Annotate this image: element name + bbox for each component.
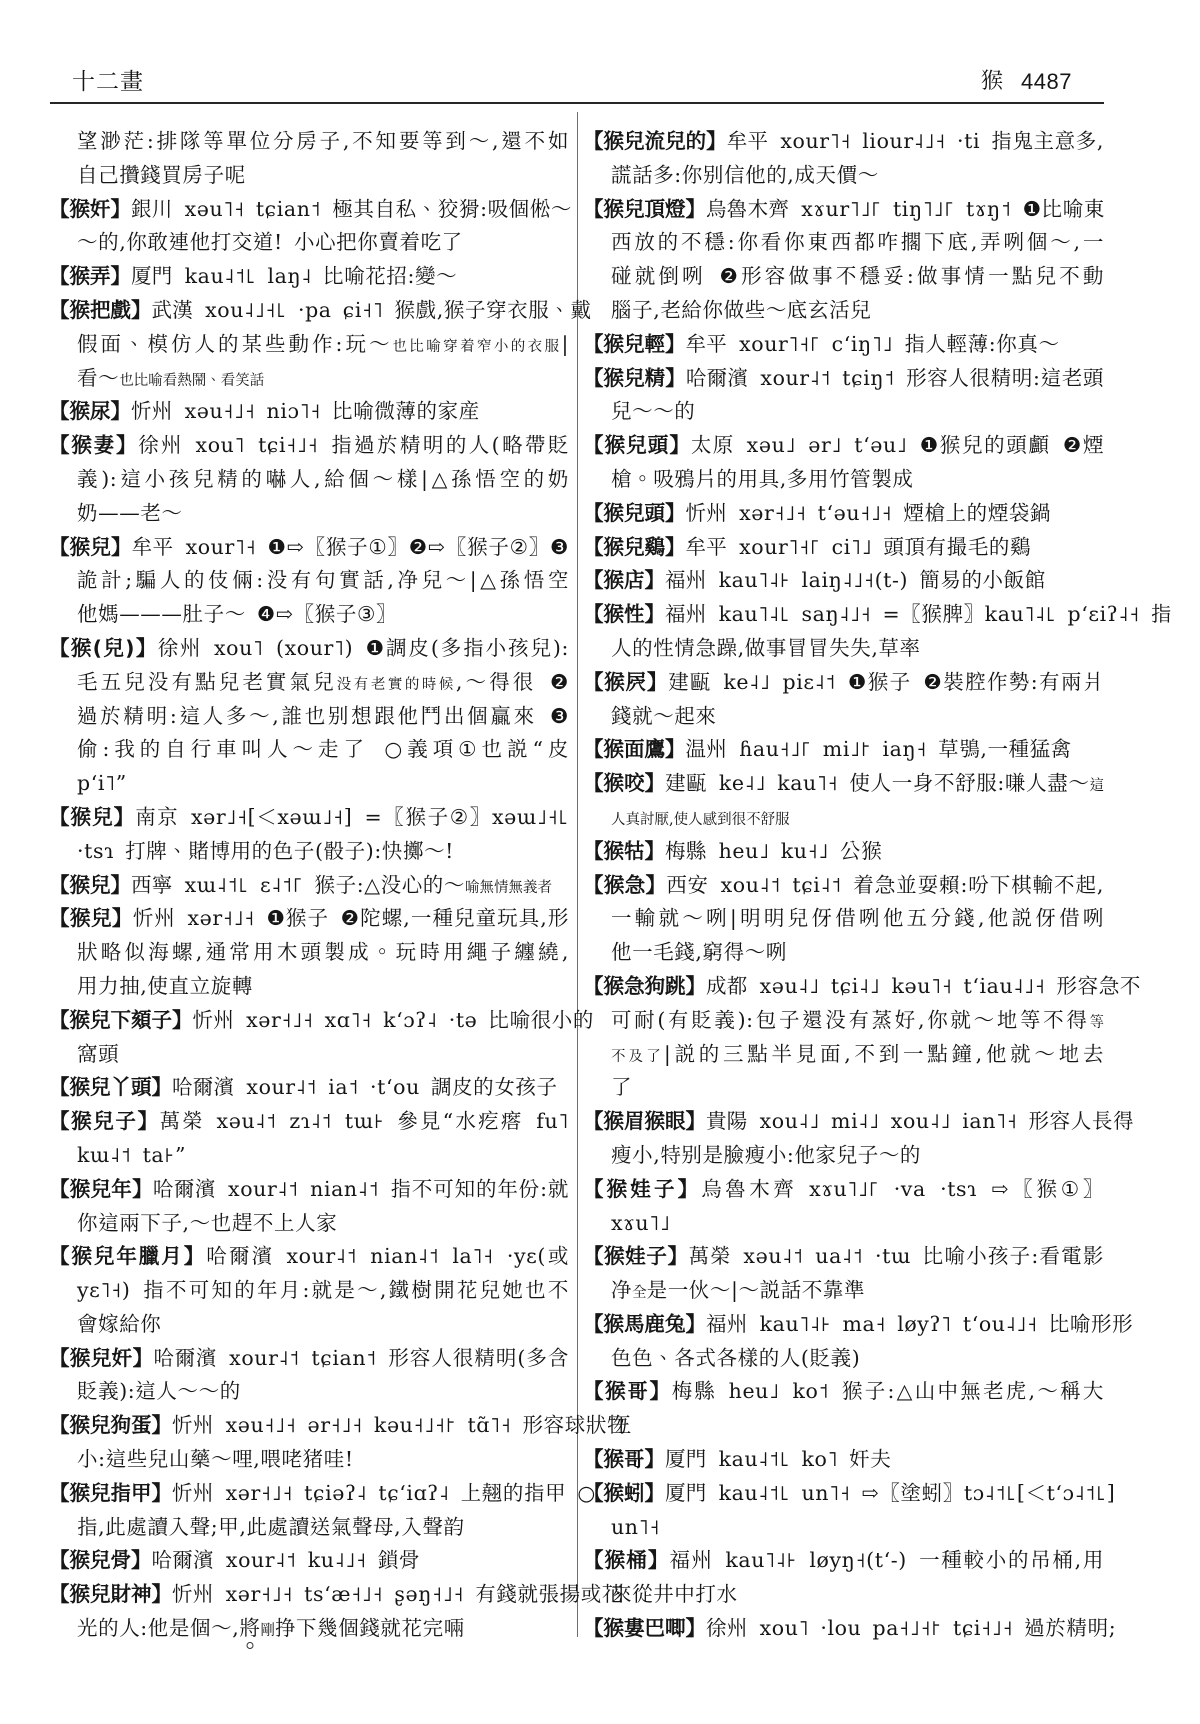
entry-text: kau˥˨꜖ saŋ˨˩˧ =〖猴脾〗kau˥˨꜖ pʻɛiʔ˨˧ 指: [719, 602, 1172, 626]
entry-line: 【猴兒丫頭】哈爾濱xour˨˦ ia˦ ·tʻou 調皮的女孩子: [49, 1071, 569, 1105]
entry-line: 詭計;騙人的伎倆:没有句實話,净兒～|△孫悟空: [49, 564, 569, 598]
dialect-location: 牟平: [686, 332, 728, 356]
entry-line: 【猴尿】忻州xəu˧˩˧ niɔ˥˧ 比喻微薄的家産: [49, 395, 569, 429]
dictionary-entry: 【猴兒狗蛋】忻州xəu˧˩˧ ər˧˩˧ kəu˧˩˧꜓ tɑ̃˥˧ 形容球狀物…: [49, 1409, 569, 1477]
dialect-location: 建甌: [668, 670, 711, 694]
entry-line: 假面、模仿人的某些動作:玩～也比喻穿着窄小的衣服|: [49, 328, 569, 362]
entry-text: heu˩ ko˦ 猴子:△山中無老虎,～稱大: [729, 1379, 1104, 1403]
entry-text: 色色、各式各樣的人(貶義): [611, 1346, 860, 1370]
entry-line: 【猴兒骨】哈爾濱xour˨˦ ku˨˩˧ 鎖骨: [49, 1544, 569, 1578]
dictionary-entry: 【猴急狗跳】成都xəu˨˩ tɕi˨˩ kəu˥˧ tʻiau˨˩˧ 形容急不可…: [583, 970, 1104, 1105]
dialect-location: 哈爾濱: [153, 1177, 216, 1201]
entry-headword: 【猴馬鹿兔】: [583, 1312, 706, 1336]
dictionary-entry: 【猴蚓】厦門kau˨˦꜖ un˥˧ ⇨〖塗蚓〗tɔ˨˦꜖[＜tʻɔ˨˦꜖]un˥…: [583, 1477, 1104, 1545]
entry-line: ·tsɿ 打牌、賭博用的色子(骰子):快擲～!: [49, 835, 569, 869]
entry-text: xəu˨˦ ua˨˦ ·tɯ 比喻小孩子:看電影: [743, 1244, 1104, 1268]
gloss-note: 也比喻穿着窄小的衣服: [392, 339, 561, 355]
entry-line: 光的人:他是個～,將剛挣下幾個錢就花完啢: [49, 1612, 569, 1646]
dialect-location: 西安: [666, 873, 708, 897]
entry-text: pʻi˥”: [77, 771, 127, 795]
entry-line: 【猴桶】福州kau˥˨꜔ løyŋ˧(tʻ-) 一種較小的吊桶,用: [583, 1544, 1104, 1578]
entry-continuation: 望渺茫:排隊等單位分房子,不知要等到～,還不如自己攢錢買房子呢: [49, 125, 569, 193]
dialect-location: 梅縣: [665, 839, 707, 863]
entry-line: 看～也比喻看熱鬧、看笑話: [49, 362, 569, 396]
entry-line: 【猴兒年臘月】哈爾濱xour˨˦ nian˨˦ la˥˧ ·yɛ(或: [49, 1240, 569, 1274]
dictionary-entry: 【猴兒年臘月】哈爾濱xour˨˦ nian˨˦ la˥˧ ·yɛ(或yɛ˥˧) …: [49, 1240, 569, 1341]
entry-text: 挣下幾個錢就花完啢: [275, 1616, 465, 1640]
entry-headword: 【猴哥】: [583, 1447, 665, 1471]
dictionary-entry: 【猴兒財神】忻州xər˧˩˧ tsʻæ˧˩˧ ʂəŋ˧˩˧ 有錢就張揚或花光的人…: [49, 1578, 569, 1646]
dictionary-entry: 【猴店】福州kau˥˨꜔ laiŋ˨˩˧(t-) 簡易的小飯館: [583, 564, 1104, 598]
entry-headword: 【猴把戲】: [49, 298, 152, 322]
entry-text: xəu˨˩ tɕi˨˩ kəu˥˧ tʻiau˨˩˧ 形容急不: [760, 974, 1141, 998]
index-character: 猴: [981, 68, 1003, 96]
entry-line: 槍。吸鴉片的用具,多用竹管製成: [583, 463, 1104, 497]
entry-text: xour˨˦ ia˦ ·tʻou 調皮的女孩子: [246, 1075, 557, 1099]
entry-headword: 【猴兒子】: [49, 1109, 160, 1133]
entry-line: 偷:我的自行車叫人～走了 ○義項①也説“皮: [49, 733, 569, 767]
entry-text: xəu˥˧ tɕian˦ 極其自私、狡猾:吸個倯～: [185, 197, 572, 221]
entry-text: heu˩ ku˧˩ 公猴: [719, 839, 883, 863]
entry-text: 假面、模仿人的某些動作:玩～: [77, 332, 392, 356]
marked-character: 將: [239, 1616, 260, 1640]
dialect-location: 烏魯木齊: [706, 197, 789, 221]
page-header: 十二畫 猴 4487: [0, 0, 1200, 100]
entry-text: 詭計;騙人的伎倆:没有句實話,净兒～|△孫悟空: [77, 568, 569, 592]
entry-text: 他媽———肚子～ ❹⇨〖猴子③〗: [77, 602, 397, 626]
entry-text: 王: [611, 1413, 632, 1437]
entry-text: kɯ˨˦ ta꜔”: [77, 1143, 186, 1167]
entry-text: kau˨˦꜖ un˥˧ ⇨〖塗蚓〗tɔ˨˦꜖[＜tʻɔ˨˦꜖]: [719, 1481, 1116, 1505]
entry-text: 一輸就～咧|明明兒伢借咧他五分錢,他説伢借咧: [611, 906, 1104, 930]
entry-text: 瘦小,特别是臉瘦小:他家兒子～的: [611, 1143, 921, 1167]
dialect-location: 福州: [665, 602, 707, 626]
entry-text: 用力抽,使直立旋轉: [77, 974, 253, 998]
entry-line: 【猴婁巴唧】徐州xou˥ ·lou pa˧˩˧꜓ tɕi˧˩˧ 過於精明;: [583, 1612, 1104, 1646]
right-column: 【猴兒流兒的】牟平xour˥˧ liour˨˩˧ ·ti 指鬼主意多,謊話多:你…: [583, 125, 1104, 1646]
dialect-location: 銀川: [131, 197, 173, 221]
dictionary-entry: 【猴兒丫頭】哈爾濱xour˨˦ ia˦ ·tʻou 調皮的女孩子: [49, 1071, 569, 1105]
entry-headword: 【猴尿】: [49, 399, 131, 423]
entry-text: xɯ˨˦꜖ ɛ˨˦꜒ 猴子:△没心的～: [185, 873, 465, 897]
dictionary-entry: 【猴眉猴眼】貴陽xou˨˩ mi˨˩ xou˨˩ ian˥˧ 形容人長得瘦小,特…: [583, 1105, 1104, 1173]
entry-headword: 【猴眉猴眼】: [583, 1109, 706, 1133]
entry-text: 錢就～起來: [611, 704, 717, 728]
dictionary-entry: 【猴性】福州kau˥˨꜖ saŋ˨˩˧ =〖猴脾〗kau˥˨꜖ pʻɛiʔ˨˧ …: [583, 598, 1104, 666]
dialect-location: 萬榮: [160, 1109, 205, 1133]
entry-line: 他媽———肚子～ ❹⇨〖猴子③〗: [49, 598, 569, 632]
entry-line: 【猴店】福州kau˥˨꜔ laiŋ˨˩˧(t-) 簡易的小飯館: [583, 564, 1104, 598]
entry-line: 過於精明:這人多～,誰也别想跟他鬥出個贏來 ❸: [49, 700, 569, 734]
dictionary-entry: 【猴哥】梅縣heu˩ ko˦ 猴子:△山中無老虎,～稱大王: [583, 1375, 1104, 1443]
dialect-location: 哈爾濱: [152, 1548, 214, 1572]
dialect-location: 徐州: [158, 636, 202, 660]
dialect-location: 哈爾濱: [686, 366, 749, 390]
dialect-location: 烏魯木齊: [701, 1177, 797, 1201]
entry-line: 【猴兒下頦子】忻州xər˧˩˧ xɑ˥˧ kʻɔʔ˨ ·tə 比喻很小的: [49, 1004, 569, 1038]
entry-headword: 【猴兒】: [49, 906, 133, 930]
entry-text: 義):這小孩兒精的嚇人,給個～樣|△孫悟空的奶: [77, 467, 569, 491]
dictionary-entry: 【猴兒奸】哈爾濱xour˨˦ tɕian˦ 形容人很精明(多含貶義):這人～～的: [49, 1342, 569, 1410]
entry-line: 【猴兒年】哈爾濱xour˨˦ nian˨˦ 指不可知的年份:就: [49, 1173, 569, 1207]
entry-text: yɛ˥˧) 指不可知的年月:就是～,鐵樹開花兒她也不: [77, 1278, 569, 1302]
entry-text: xour˨˦ ku˨˩˧ 鎖骨: [226, 1548, 420, 1572]
entry-headword: 【猴咬】: [583, 771, 665, 795]
entry-line: 【猴把戲】武漢xou˨˩˧꜖ ·pa ɕi˧˥ 猴戲,猴子穿衣服、戴: [49, 294, 569, 328]
entry-line: 【猴哥】梅縣heu˩ ko˦ 猴子:△山中無老虎,～稱大: [583, 1375, 1104, 1409]
dialect-location: 忻州: [686, 501, 728, 525]
dialect-location: 徐州: [706, 1616, 748, 1640]
entry-text: xour˥˧ liour˨˩˧ ·ti 指鬼主意多,: [780, 129, 1104, 153]
entry-headword: 【猴蚓】: [583, 1481, 665, 1505]
entry-line: 【猴性】福州kau˥˨꜖ saŋ˨˩˧ =〖猴脾〗kau˥˨꜖ pʻɛiʔ˨˧ …: [583, 598, 1104, 632]
entry-text: xou˨˩ mi˨˩ xou˨˩ ian˥˧ 形容人長得: [760, 1109, 1134, 1133]
entry-line: 義):這小孩兒精的嚇人,給個～樣|△孫悟空的奶: [49, 463, 569, 497]
entry-line: 王: [583, 1409, 1104, 1443]
entry-line: 不及了|説的三點半見面,不到一點鐘,他就～地去: [583, 1038, 1104, 1072]
entry-text: 會嫁給你: [77, 1312, 161, 1336]
entry-headword: 【猴哥】: [583, 1379, 672, 1403]
entry-text: xər˩˧[＜xəɯ˩˧] =〖猴子②〗xəɯ˩˧꜖: [191, 805, 569, 829]
entry-headword: 【猴兒財神】: [49, 1582, 172, 1606]
dictionary-entry: 【猴兒年】哈爾濱xour˨˦ nian˨˦ 指不可知的年份:就你這兩下子,～也趕…: [49, 1173, 569, 1241]
entry-line: 【猴兒】南京xər˩˧[＜xəɯ˩˧] =〖猴子②〗xəɯ˩˧꜖: [49, 801, 569, 835]
dialect-location: 厦門: [131, 264, 173, 288]
entry-text: 窩頭: [77, 1042, 119, 1066]
dialect-location: 西寧: [131, 873, 173, 897]
dictionary-entry: 【猴兒骨】哈爾濱xour˨˦ ku˨˩˧ 鎖骨: [49, 1544, 569, 1578]
dialect-location: 萬榮: [689, 1244, 732, 1268]
entry-text: 自己攢錢買房子呢: [77, 163, 246, 187]
entry-headword: 【猴兒頭】: [583, 501, 686, 525]
dictionary-entry: 【猴兒頂燈】烏魯木齊xɤur˥˩꜒ tiŋ˥˩꜒ tɤŋ˦ ❶比喻東西放的不穩:…: [583, 193, 1104, 328]
dictionary-entry: 【猴急】西安xou˨˦ tɕi˨˦ 着急並耍賴:吩下棋輸不起,一輸就～咧|明明兒…: [583, 869, 1104, 970]
entry-text: 可耐(有貶義):包子還没有蒸好,你就～地等不得: [611, 1008, 1090, 1032]
dictionary-entry: 【猴屄】建甌ke˨˩ piɛ˨˦ ❶猴子 ❷裝腔作勢:有兩爿錢就～起來: [583, 666, 1104, 734]
entry-headword: 【猴娃子】: [583, 1244, 689, 1268]
gloss-note: 這: [1090, 778, 1105, 794]
entry-line: 【猴兒頂燈】烏魯木齊xɤur˥˩꜒ tiŋ˥˩꜒ tɤŋ˦ ❶比喻東: [583, 193, 1104, 227]
entry-headword: 【猴兒頂燈】: [583, 197, 706, 221]
entry-line: 腦子,老給你做些～底玄活兒: [583, 294, 1104, 328]
entry-headword: 【猴兒】: [49, 805, 135, 829]
dictionary-entry: 【猴兒輕】牟平xour˥˧꜒ cʻiŋ˥˩ 指人輕薄:你真～: [583, 328, 1104, 362]
dictionary-entry: 【猴兒精】哈爾濱xour˨˦ tɕiŋ˦ 形容人很精明:這老頭兒～～的: [583, 362, 1104, 430]
dictionary-entry: 【猴兒下頦子】忻州xər˧˩˧ xɑ˥˧ kʻɔʔ˨ ·tə 比喻很小的窩頭: [49, 1004, 569, 1072]
entry-line: 窩頭: [49, 1038, 569, 1072]
entry-line: 【猴牯】梅縣heu˩ ku˧˩ 公猴: [583, 835, 1104, 869]
dialect-location: 忻州: [172, 1413, 214, 1437]
entry-line: 毛五兒没有點兒老實氣兒没有老實的時候,～得很 ❷: [49, 666, 569, 700]
entry-headword: 【猴奸】: [49, 197, 131, 221]
entry-text: 碰就倒咧 ❷形容做事不穩妥:做事情一點兒不動: [611, 264, 1104, 288]
entry-line: 【猴兒狗蛋】忻州xəu˧˩˧ ər˧˩˧ kəu˧˩˧꜓ tɑ̃˥˧ 形容球狀物: [49, 1409, 569, 1443]
entry-text: 毛五兒没有點兒老實氣兒: [77, 670, 337, 694]
dialect-location: 福州: [706, 1312, 748, 1336]
dictionary-entry: 【猴桶】福州kau˥˨꜔ løyŋ˧(tʻ-) 一種較小的吊桶,用來從井中打水: [583, 1544, 1104, 1612]
dictionary-entry: 【猴奸】銀川xəu˥˧ tɕian˦ 極其自私、狡猾:吸個倯～～的,你敢連他打交…: [49, 193, 569, 261]
dictionary-entry: 【猴馬鹿兔】福州kau˥˨꜔ ma˧ løyʔ˥ tʻou˨˩˧ 比喻形形色色、…: [583, 1308, 1104, 1376]
dictionary-entry: 【猴把戲】武漢xou˨˩˧꜖ ·pa ɕi˧˥ 猴戲,猴子穿衣服、戴假面、模仿人…: [49, 294, 569, 395]
entry-text: kau˥˨꜔ laiŋ˨˩˧(t-) 簡易的小飯館: [719, 568, 1046, 592]
entry-line: 【猴兒奸】哈爾濱xour˨˦ tɕian˦ 形容人很精明(多含: [49, 1342, 569, 1376]
entry-text: 過於精明:這人多～,誰也别想跟他鬥出個贏來 ❸: [77, 704, 569, 728]
entry-text: xəu˧˩˧ ər˧˩˧ kəu˧˩˧꜓ tɑ̃˥˧ 形容球狀物: [226, 1413, 628, 1437]
entry-text: xər˧˩˧ tsʻæ˧˩˧ ʂəŋ˧˩˧ 有錢就張揚或花: [226, 1582, 623, 1606]
dictionary-entry: 【猴咬】建甌ke˨˩ kau˥˧ 使人一身不舒服:嗛人盡～這人真討厭,使人感到很…: [583, 767, 1104, 835]
entry-text: xou˥ tɕi˧˩˧ 指過於精明的人(略帶貶: [196, 433, 569, 457]
entry-headword: 【猴兒年】: [49, 1177, 153, 1201]
dictionary-entry: 【猴牯】梅縣heu˩ ku˧˩ 公猴: [583, 835, 1104, 869]
dialect-location: 太原: [691, 433, 735, 457]
entry-line: 西放的不穩:你看你東西都咋擱下底,弄咧個～,一: [583, 226, 1104, 260]
entry-text: ke˨˩ kau˥˧ 使人一身不舒服:嗛人盡～: [719, 771, 1090, 795]
entry-line: 【猴急】西安xou˨˦ tɕi˨˦ 着急並耍賴:吩下棋輸不起,: [583, 869, 1104, 903]
entry-line: kɯ˨˦ ta꜔”: [49, 1139, 569, 1173]
entry-text: xər˧˩˧ tɕiəʔ˨ tɕʻiɑʔ˨ 上翹的指甲 ○: [226, 1481, 596, 1505]
gloss-note: 没有老實的時候: [337, 677, 456, 693]
entry-headword: 【猴性】: [583, 602, 665, 626]
entry-headword: 【猴兒】: [49, 873, 131, 897]
dictionary-entry: 【猴哥】厦門kau˨˦꜖ ko˥ 奸夫: [583, 1443, 1104, 1477]
entry-line: 可耐(有貶義):包子還没有蒸好,你就～地等不得等: [583, 1004, 1104, 1038]
entry-line: 净全是一伙～|～説話不靠準: [583, 1274, 1104, 1308]
entry-line: 人的性情急躁,做事冒冒失失,草率: [583, 632, 1104, 666]
gloss-note: 剛: [260, 1623, 275, 1639]
entry-text: 小:這些兒山藥～哩,喂咾猪哇!: [77, 1447, 354, 1471]
entry-text: xəu˩ ər˩ tʻəu˩ ❶猴兒的頭顱 ❷煙: [747, 433, 1104, 457]
entry-line: 【猴兒頭】太原xəu˩ ər˩ tʻəu˩ ❶猴兒的頭顱 ❷煙: [583, 429, 1104, 463]
entry-headword: 【猴兒輕】: [583, 332, 686, 356]
dialect-location: 忻州: [131, 399, 173, 423]
entry-text: kau˥˨꜔ ma˧ løyʔ˥ tʻou˨˩˧ 比喻形形: [760, 1312, 1134, 1336]
dialect-location: 忻州: [193, 1008, 235, 1032]
dictionary-entry: 【猴兒】南京xər˩˧[＜xəɯ˩˧] =〖猴子②〗xəɯ˩˧꜖·tsɿ 打牌、…: [49, 801, 569, 869]
gloss-note: 人真討厭,使人感到很不舒服: [611, 812, 790, 828]
entry-text: 腦子,老給你做些～底玄活兒: [611, 298, 871, 322]
dialect-location: 厦門: [665, 1481, 707, 1505]
dictionary-entry: 【猴尿】忻州xəu˧˩˧ niɔ˥˧ 比喻微薄的家産: [49, 395, 569, 429]
entry-text: xəu˧˩˧ niɔ˥˧ 比喻微薄的家産: [185, 399, 480, 423]
entry-headword: 【猴桶】: [583, 1548, 670, 1572]
entry-line: 望渺茫:排隊等單位分房子,不知要等到～,還不如: [49, 125, 569, 159]
entry-line: 【猴娃子】萬榮xəu˨˦ ua˨˦ ·tɯ 比喻小孩子:看電影: [583, 1240, 1104, 1274]
entry-headword: 【猴兒流兒的】: [583, 129, 727, 153]
dictionary-entry: 【猴兒頭】太原xəu˩ ər˩ tʻəu˩ ❶猴兒的頭顱 ❷煙槍。吸鴉片的用具,…: [583, 429, 1104, 497]
entry-line: 他一毛錢,窮得～咧: [583, 936, 1104, 970]
entry-line: 貶義):這人～～的: [49, 1375, 569, 1409]
dictionary-entry: 【猴兒子】萬榮xəu˨˦ zɿ˨˦ tɯ꜔ 參見“水疙瘩 fu˥kɯ˨˦ ta꜔…: [49, 1105, 569, 1173]
dictionary-entry: 【猴兒】西寧xɯ˨˦꜖ ɛ˨˦꜒ 猴子:△没心的～喻無情無義者: [49, 869, 569, 903]
entry-headword: 【猴妻】: [49, 433, 138, 457]
gloss-note: 也比喻看熱鬧、看笑話: [119, 373, 264, 389]
entry-headword: 【猴店】: [583, 568, 665, 592]
entry-text: xour˨˦ tɕian˦ 形容人很精明(多含: [229, 1346, 569, 1370]
entry-line: 【猴急狗跳】成都xəu˨˩ tɕi˨˩ kəu˥˧ tʻiau˨˩˧ 形容急不: [583, 970, 1104, 1004]
entry-text: xər˧˩˧ ❶猴子 ❷陀螺,一種兒童玩具,形: [187, 906, 569, 930]
entry-text: 望渺茫:排隊等單位分房子,不知要等到～,還不如: [77, 129, 569, 153]
entry-text: xou˥ (xour˥) ❶調皮(多指小孩兒):: [214, 636, 569, 660]
entry-headword: 【猴兒鷄】: [583, 535, 686, 559]
dictionary-entry: 【猴兒指甲】忻州xər˧˩˧ tɕiəʔ˨ tɕʻiɑʔ˨ 上翹的指甲 ○指,此…: [49, 1477, 569, 1545]
entry-line: 【猴兒頭】忻州xər˧˩˧ tʻəu˧˩˧ 煙槍上的煙袋鍋: [583, 497, 1104, 531]
dictionary-entry: 【猴兒鷄】牟平xour˥˧꜒ ci˥˩ 頭頂有撮毛的鷄: [583, 531, 1104, 565]
entry-line: 【猴兒流兒的】牟平xour˥˧ liour˨˩˧ ·ti 指鬼主意多,: [583, 125, 1104, 159]
entry-line: 【猴面鷹】温州ɦau˧˩꜒ mi˩꜓ iaŋ˧ 草鴞,一種猛禽: [583, 733, 1104, 767]
entry-line: ～的,你敢連他打交道! 小心把你賣着吃了: [49, 226, 569, 260]
entry-line: 【猴兒】牟平xour˥˧ ❶⇨〖猴子①〗❷⇨〖猴子②〗❸: [49, 531, 569, 565]
entry-text: 來從井中打水: [611, 1582, 738, 1606]
entry-text: xɤur˥˩꜒ tiŋ˥˩꜒ tɤŋ˦ ❶比喻東: [801, 197, 1105, 221]
entry-text: xər˧˩˧ tʻəu˧˩˧ 煙槍上的煙袋鍋: [739, 501, 1051, 525]
left-column: 望渺茫:排隊等單位分房子,不知要等到～,還不如自己攢錢買房子呢【猴奸】銀川xəu…: [49, 125, 569, 1646]
entry-headword: 【猴兒骨】: [49, 1548, 152, 1572]
entry-line: 狀略似海螺,通常用木頭製成。玩時用繩子纏繞,: [49, 936, 569, 970]
gloss-note: 等: [1090, 1015, 1105, 1031]
entry-line: 【猴兒鷄】牟平xour˥˧꜒ ci˥˩ 頭頂有撮毛的鷄: [583, 531, 1104, 565]
entry-text: 西放的不穩:你看你東西都咋擱下底,弄咧個～,一: [611, 230, 1104, 254]
dictionary-entry: 【猴婁巴唧】徐州xou˥ ·lou pa˧˩˧꜓ tɕi˧˩˧ 過於精明;: [583, 1612, 1104, 1646]
header-rule: [50, 102, 1104, 104]
entry-text: 偷:我的自行車叫人～走了 ○義項①也説“皮: [77, 737, 569, 761]
entry-line: 【猴眉猴眼】貴陽xou˨˩ mi˨˩ xou˨˩ ian˥˧ 形容人長得: [583, 1105, 1104, 1139]
entry-text: 指,此處讀入聲;甲,此處讀送氣聲母,入聲韵: [77, 1515, 465, 1539]
dialect-location: 温州: [686, 737, 728, 761]
entry-text: 了: [611, 1075, 632, 1099]
entry-line: 【猴兒】忻州xər˧˩˧ ❶猴子 ❷陀螺,一種兒童玩具,形: [49, 902, 569, 936]
entry-text: un˥˧: [611, 1515, 660, 1539]
entry-line: 【猴兒輕】牟平xour˥˧꜒ cʻiŋ˥˩ 指人輕薄:你真～: [583, 328, 1104, 362]
dictionary-entry: 【猴娃子】萬榮xəu˨˦ ua˨˦ ·tɯ 比喻小孩子:看電影净全是一伙～|～説…: [583, 1240, 1104, 1308]
entry-text: xour˥˧꜒ cʻiŋ˥˩ 指人輕薄:你真～: [739, 332, 1059, 356]
entry-headword: 【猴兒指甲】: [49, 1481, 172, 1505]
entry-headword: 【猴屄】: [583, 670, 668, 694]
page-number: 4487: [1021, 68, 1072, 96]
dictionary-entry: 【猴兒流兒的】牟平xour˥˧ liour˨˩˧ ·ti 指鬼主意多,謊話多:你…: [583, 125, 1104, 193]
entry-line: 【猴兒子】萬榮xəu˨˦ zɿ˨˦ tɯ꜔ 參見“水疙瘩 fu˥: [49, 1105, 569, 1139]
entry-text: xour˥˧꜒ ci˥˩ 頭頂有撮毛的鷄: [739, 535, 1031, 559]
entry-text: 槍。吸鴉片的用具,多用竹管製成: [611, 467, 914, 491]
entry-headword: 【猴牯】: [583, 839, 665, 863]
dictionary-entry: 【猴兒】忻州xər˧˩˧ ❶猴子 ❷陀螺,一種兒童玩具,形狀略似海螺,通常用木頭…: [49, 902, 569, 1003]
dialect-location: 貴陽: [706, 1109, 748, 1133]
entry-text: 你這兩下子,～也趕不上人家: [77, 1211, 337, 1235]
dialect-location: 牟平: [686, 535, 728, 559]
dialect-location: 福州: [670, 1548, 714, 1572]
entry-line: 自己攢錢買房子呢: [49, 159, 569, 193]
entry-text: xəu˨˦ zɿ˨˦ tɯ꜔ 參見“水疙瘩 fu˥: [217, 1109, 569, 1133]
dialect-location: 南京: [135, 805, 179, 829]
entry-text: 兒～～的: [611, 399, 695, 423]
entry-line: 【猴兒財神】忻州xər˧˩˧ tsʻæ˧˩˧ ʂəŋ˧˩˧ 有錢就張揚或花: [49, 1578, 569, 1612]
entry-line: 【猴娃子】烏魯木齊xɤu˥˩꜒ ·va ·tsɿ ⇨〖猴①〗: [583, 1173, 1104, 1207]
dialect-location: 武漢: [152, 298, 194, 322]
entry-line: 一輸就～咧|明明兒伢借咧他五分錢,他説伢借咧: [583, 902, 1104, 936]
dialect-location: 厦門: [665, 1447, 707, 1471]
entry-headword: 【猴(兒)】: [49, 636, 158, 660]
entry-text: xour˥˧ ❶⇨〖猴子①〗❷⇨〖猴子②〗❸: [186, 535, 569, 559]
entry-line: 【猴哥】厦門kau˨˦꜖ ko˥ 奸夫: [583, 1443, 1104, 1477]
dialect-location: 忻州: [172, 1481, 214, 1505]
entry-text: kau˨˦꜖ laŋ˨ 比喻花招:變～: [185, 264, 458, 288]
entry-text: 是一伙～|～説話不靠準: [647, 1278, 866, 1302]
entry-text: ～的,你敢連他打交道! 小心把你賣着吃了: [77, 230, 463, 254]
entry-line: 碰就倒咧 ❷形容做事不穩妥:做事情一點兒不動: [583, 260, 1104, 294]
entry-headword: 【猴兒年臘月】: [49, 1244, 206, 1268]
entry-text: xər˧˩˧ xɑ˥˧ kʻɔʔ˨ ·tə 比喻很小的: [246, 1008, 594, 1032]
entry-line: 【猴兒精】哈爾濱xour˨˦ tɕiŋ˦ 形容人很精明:這老頭: [583, 362, 1104, 396]
entry-text: xou˨˦ tɕi˨˦ 着急並耍賴:吩下棋輸不起,: [721, 873, 1104, 897]
entry-line: 【猴兒】西寧xɯ˨˦꜖ ɛ˨˦꜒ 猴子:△没心的～喻無情無義者: [49, 869, 569, 903]
gloss-note: 全: [632, 1285, 647, 1301]
entry-text: 净: [611, 1278, 632, 1302]
entry-headword: 【猴面鷹】: [583, 737, 686, 761]
entry-line: 瘦小,特别是臉瘦小:他家兒子～的: [583, 1139, 1104, 1173]
entry-line: 你這兩下子,～也趕不上人家: [49, 1207, 569, 1241]
dialect-location: 梅縣: [672, 1379, 717, 1403]
entry-line: 兒～～的: [583, 395, 1104, 429]
entry-line: 色色、各式各樣的人(貶義): [583, 1342, 1104, 1376]
entry-text: ·tsɿ 打牌、賭博用的色子(骰子):快擲～!: [77, 839, 454, 863]
entry-line: 【猴馬鹿兔】福州kau˥˨꜔ ma˧ løyʔ˥ tʻou˨˩˧ 比喻形形: [583, 1308, 1104, 1342]
entry-headword: 【猴兒丫頭】: [49, 1075, 172, 1099]
entry-text: ɦau˧˩꜒ mi˩꜓ iaŋ˧ 草鴞,一種猛禽: [739, 737, 1072, 761]
entry-text: xou˨˩˧꜖ ·pa ɕi˧˥ 猴戲,猴子穿衣服、戴: [205, 298, 591, 322]
dialect-location: 忻州: [133, 906, 176, 930]
entry-headword: 【猴娃子】: [583, 1177, 701, 1201]
entry-text: |: [561, 332, 569, 356]
entry-line: 人真討厭,使人感到很不舒服: [583, 801, 1104, 835]
entry-headword: 【猴兒精】: [583, 366, 686, 390]
dialect-location: 哈爾濱: [172, 1075, 234, 1099]
entry-text: 謊話多:你别信他的,成天價～: [611, 163, 879, 187]
entry-line: 用力抽,使直立旋轉: [49, 970, 569, 1004]
entry-line: 【猴弄】厦門kau˨˦꜖ laŋ˨ 比喻花招:變～: [49, 260, 569, 294]
entry-line: 【猴兒指甲】忻州xər˧˩˧ tɕiəʔ˨ tɕʻiɑʔ˨ 上翹的指甲 ○: [49, 1477, 569, 1511]
dictionary-entry: 【猴兒頭】忻州xər˧˩˧ tʻəu˧˩˧ 煙槍上的煙袋鍋: [583, 497, 1104, 531]
entry-text: xɤu˥˩꜒ ·va ·tsɿ ⇨〖猴①〗: [809, 1177, 1104, 1201]
entry-line: 指,此處讀入聲;甲,此處讀送氣聲母,入聲韵: [49, 1511, 569, 1545]
dialect-location: 福州: [665, 568, 707, 592]
entry-headword: 【猴兒頭】: [583, 433, 691, 457]
entry-text: 貶義):這人～～的: [77, 1379, 241, 1403]
entry-text: xɤu˥˩: [611, 1211, 671, 1235]
entry-headword: 【猴急】: [583, 873, 666, 897]
entry-text: 看～: [77, 366, 119, 390]
entry-headword: 【猴急狗跳】: [583, 974, 706, 998]
dictionary-entry: 【猴兒】牟平xour˥˧ ❶⇨〖猴子①〗❷⇨〖猴子②〗❸詭計;騙人的伎倆:没有句…: [49, 531, 569, 632]
entry-line: xɤu˥˩: [583, 1207, 1104, 1241]
entry-text: 狀略似海螺,通常用木頭製成。玩時用繩子纏繞,: [77, 940, 569, 964]
entry-text: xour˨˦ nian˨˦ la˥˧ ·yɛ(或: [286, 1244, 569, 1268]
dictionary-entry: 【猴面鷹】温州ɦau˧˩꜒ mi˩꜓ iaŋ˧ 草鴞,一種猛禽: [583, 733, 1104, 767]
entry-headword: 【猴兒下頦子】: [49, 1008, 193, 1032]
entry-headword: 【猴婁巴唧】: [583, 1616, 706, 1640]
dialect-location: 成都: [706, 974, 748, 998]
dictionary-entry: 【猴娃子】烏魯木齊xɤu˥˩꜒ ·va ·tsɿ ⇨〖猴①〗xɤu˥˩: [583, 1173, 1104, 1241]
stroke-count-section: 十二畫: [72, 68, 144, 96]
entry-headword: 【猴兒】: [49, 535, 132, 559]
dialect-location: 建甌: [665, 771, 707, 795]
entry-line: 了: [583, 1071, 1104, 1105]
entry-line: 小:這些兒山藥～哩,喂咾猪哇!: [49, 1443, 569, 1477]
entry-line: 【猴咬】建甌ke˨˩ kau˥˧ 使人一身不舒服:嗛人盡～這: [583, 767, 1104, 801]
dialect-location: 牟平: [727, 129, 769, 153]
entry-line: 【猴妻】徐州xou˥ tɕi˧˩˧ 指過於精明的人(略帶貶: [49, 429, 569, 463]
entry-text: 他一毛錢,窮得～咧: [611, 940, 787, 964]
entry-line: 【猴奸】銀川xəu˥˧ tɕian˦ 極其自私、狡猾:吸個倯～: [49, 193, 569, 227]
entry-line: 來從井中打水: [583, 1578, 1104, 1612]
